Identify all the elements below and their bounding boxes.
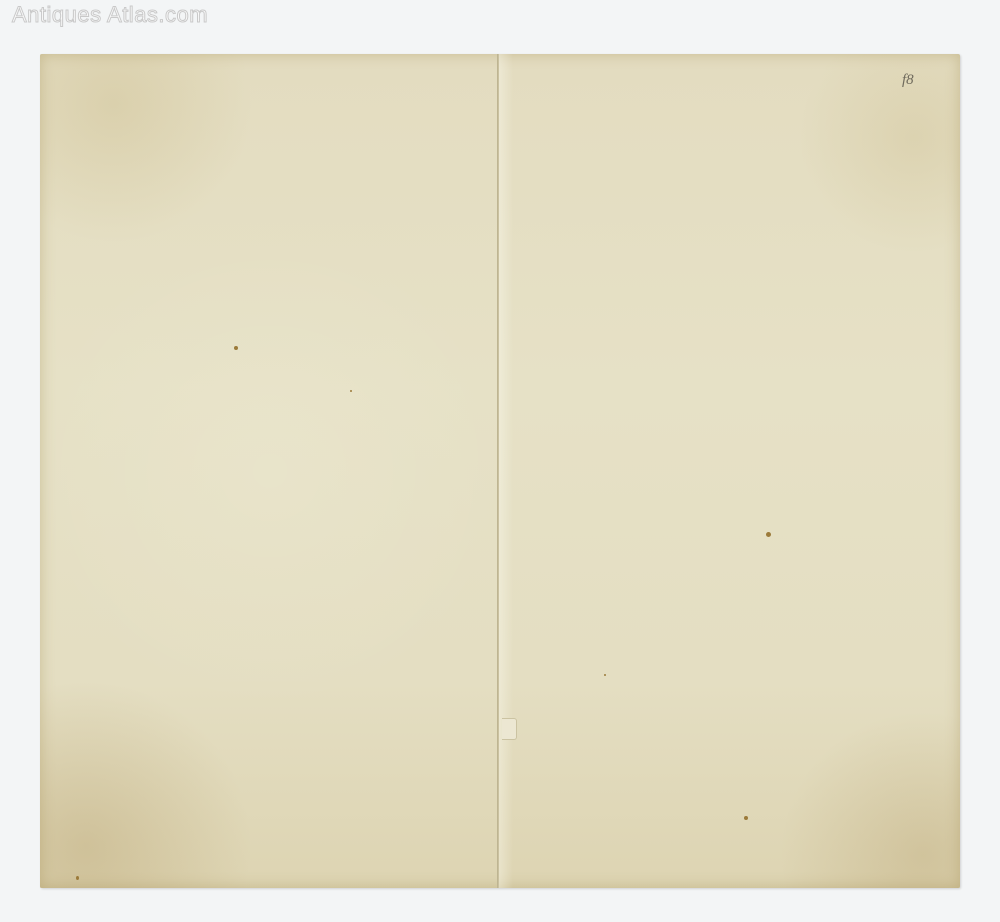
foxing-spot [744,816,748,820]
pencil-annotation: f8 [902,72,914,89]
foxing-spot [234,346,238,350]
fold-highlight [499,54,513,888]
foxing-spot [76,876,79,880]
aged-paper-sheet: f8 [40,54,960,888]
paper-tear [502,718,517,740]
foxing-spot [766,532,771,537]
foxing-spot [604,674,606,676]
foxing-spot [350,390,352,392]
watermark: Antiques Atlas.com [12,2,208,28]
